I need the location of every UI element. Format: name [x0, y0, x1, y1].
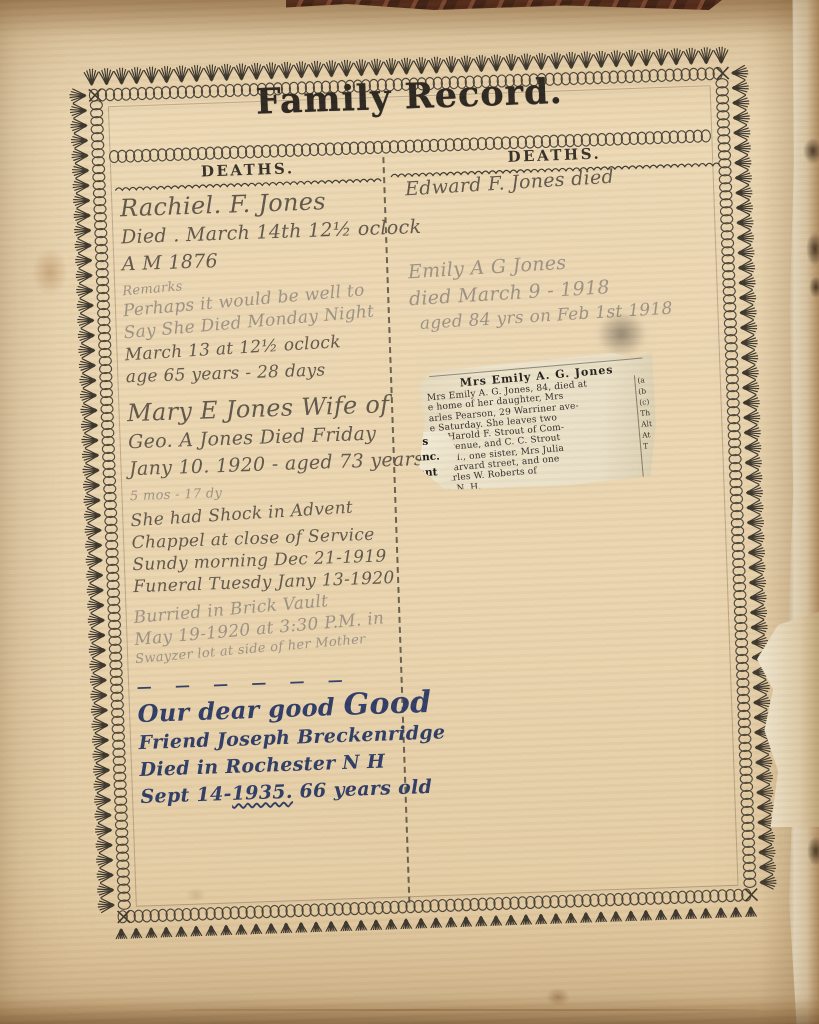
edge-dark-spot	[809, 276, 819, 298]
edge-dark-spot	[807, 836, 819, 866]
edge-dark-spot	[803, 138, 819, 164]
text-segment: Our dear good	[137, 692, 344, 728]
clipping-flap-fragment: anc.	[415, 450, 458, 463]
text-segment: 1935.	[231, 781, 293, 805]
newspaper-clipping: Mrs Emily A. G. Jones Mrs Emily A. G. Jo…	[411, 350, 663, 499]
paper-stain	[32, 248, 68, 296]
page-bottom-shadow	[0, 996, 819, 1024]
right-deaths-column: Edward F. Jones diedEmily A G Jonesdied …	[393, 165, 728, 335]
edge-dark-spot	[806, 232, 819, 266]
printed-record-plate: Family Record. DEATHS. DEATHS. Rachiel. …	[63, 40, 783, 940]
clipping-body-wrap: Mrs Emily A. G. Jones, 84, died ate home…	[427, 374, 663, 496]
text-segment: Sept 14-	[140, 783, 232, 808]
scrapbook-page-photo: Family Record. DEATHS. DEATHS. Rachiel. …	[0, 0, 819, 1024]
left-deaths-column: Rachiel. F. JonesDied . March 14th 12½ o…	[119, 183, 400, 811]
text-segment: Good	[343, 685, 432, 723]
clipping-body: Mrs Emily A. G. Jones, 84, died ate home…	[427, 375, 643, 496]
